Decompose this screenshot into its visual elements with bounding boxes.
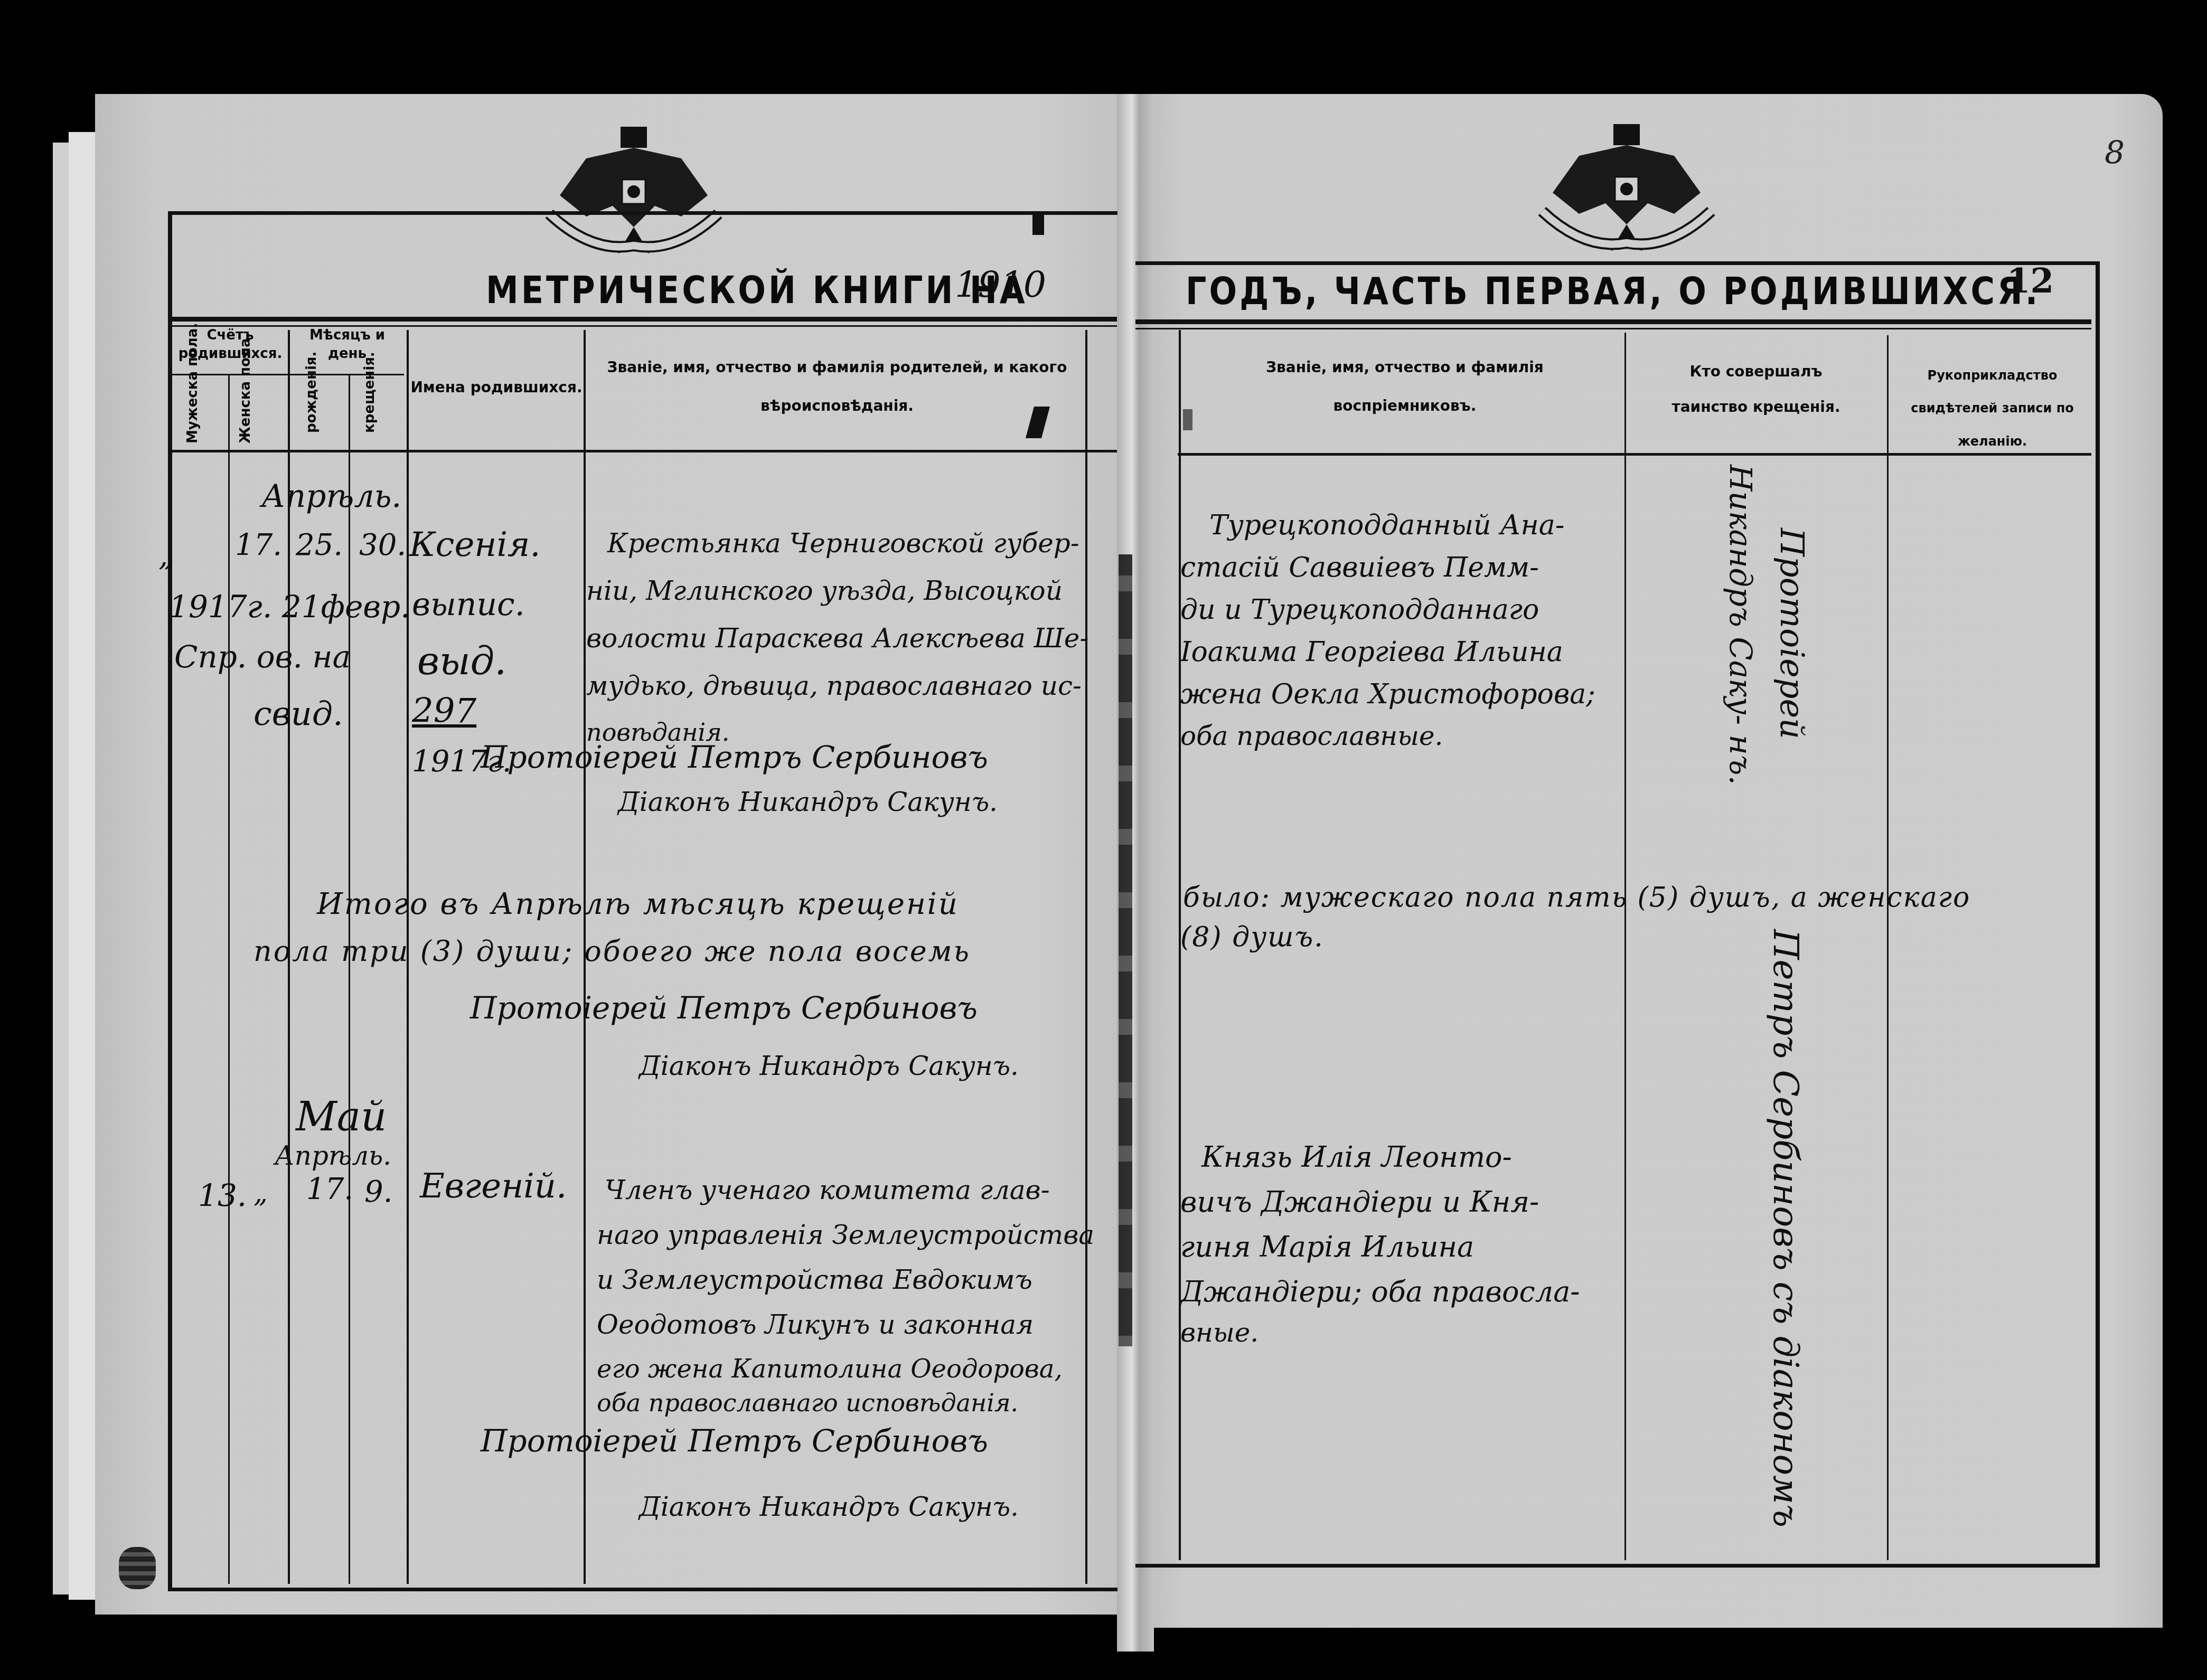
entry2-male-count: 13. [198,1177,247,1213]
entry1-signature-priest: Протоіерей Петръ Сербиновъ [481,739,988,775]
entry1-signature-deacon: Діаконъ Никандръ Сакунъ. [618,787,998,817]
col-line-1 [228,375,230,1584]
header-names: Имена родившихся. [409,377,584,398]
imperial-eagle-emblem-right [1521,114,1732,272]
entry1-name-note-2: 297 [412,692,476,731]
ink-blot [1183,409,1192,430]
header-count-male: Мужеска пола. [185,338,201,443]
entry1-parents-line: ніи, Мглинского уѣзда, Высоцкой [586,575,1063,606]
entry1-parents-line: Крестьянка Черниговской губер- [607,528,1079,559]
col-line-9 [1887,335,1889,1560]
entry2-godparents-line: вные. [1180,1317,1259,1348]
entry2-month-top: Май [296,1093,387,1140]
header-date-birth: рожденія. [304,338,320,433]
priest-vertical-line-2: Никандръ Саку- нъ. [1723,465,1759,785]
entry1-female-count: 17. [235,528,282,562]
summary-signature-deacon: Діаконъ Никандръ Сакунъ. [639,1051,1019,1081]
title-left: МЕТРИЧЕСКОЙ КНИГИ НА [486,268,1028,312]
entry2-parents-line: оба православнаго исповѣданія. [597,1389,1018,1417]
summary-right-line-1: (8) душъ. [1180,921,1324,953]
entry2-parents-line: и Землеустройства Евдокимъ [597,1264,1032,1295]
col-line-8 [1624,333,1626,1560]
rule-right [1135,319,2091,324]
priest-vertical-line-3: Петръ Сербиновъ съ діакономъ [1765,929,1806,1527]
rule-left [172,317,1117,322]
entry2-parents-line: Членъ ученаго комитета глав- [605,1175,1050,1205]
entry2-godparents-line: Джандіери; оба правосла- [1180,1275,1580,1308]
entry2-parents-line: Оеодотовъ Ликунъ и законная [597,1309,1034,1340]
entry2-birth-day: 17. [306,1172,353,1206]
entry1-godparents-line: Іоакима Георгіева Ильина [1180,636,1563,668]
header-priest: Кто совершалъ таинство крещенія. [1632,354,1880,424]
entry2-parents-line: наго управленія Землеустройства [597,1220,1094,1250]
entry1-parents-line: мудько, дѣвица, православнаго ис- [586,671,1082,701]
entry1-godparents-line: жена Оекла Христофорова; [1180,678,1595,710]
entry1-name: Ксенія. [409,525,541,564]
title-year: 1910 [955,264,1046,306]
entry1-parents-line: волости Параскева Алексѣева Ше- [586,623,1088,654]
header-witnesses: Рукоприкладство свидѣтелей записи по жел… [1893,359,2091,458]
entry2-signature-priest: Протоіерей Петръ Сербиновъ [481,1423,988,1459]
entry1-godparents-line: стасій Саввиіевъ Пемм- [1180,552,1539,583]
summary-left-line-0: Итого въ Апрѣлѣ мѣсяцѣ крещеній [317,887,959,921]
entry1-godparents-line: ди и Турецкоподданнаго [1180,594,1539,626]
entry1-name-note-0: выпис. [412,586,525,623]
header-parents: Званіе, имя, отчество и фамилія родителе… [591,348,1083,426]
col-line-3 [349,375,350,1584]
ink-blot [1032,214,1044,235]
rule-right-thin [1135,328,2091,329]
summary-right-line-0: было: мужескаго пола пять (5) душъ, а же… [1183,882,1970,913]
entry2-godparents-line: вичъ Джандіери и Кня- [1180,1185,1539,1219]
summary-left-line-1: пола три (3) души; обоего же пола восемь [253,935,971,968]
entry2-baptism-day: 9. [364,1175,392,1209]
header-date-baptism: крещенія. [362,338,378,433]
entry1-birth-day: 25. [296,528,343,562]
entry1-margin-line-0: „ [158,539,174,573]
priest-vertical-line-1: Протоіерей [1773,528,1811,739]
summary-signature-priest: Протоіерей Петръ Сербиновъ [470,990,978,1026]
entry2-month-bottom: Апрѣль. [275,1140,391,1171]
entry1-margin-line-2: Спр. ов. на [174,639,351,675]
header-godparents: Званіе, имя, отчество и фамилія воспріем… [1188,348,1621,426]
entry1-margin-line-1: 1917г. 21февр. [169,589,410,625]
entry1-margin-line-3: свид. [253,694,343,733]
entry1-godparents-line: Турецкоподданный Ана- [1209,509,1564,541]
header-count-female: Женска пола. [238,338,254,443]
entry2-female-count: „ [253,1177,268,1209]
entry2-signature-deacon: Діаконъ Никандръ Сакунъ. [639,1492,1019,1522]
col-line-6 [1085,330,1087,1584]
entry2-godparents-line: Князь Илія Леонто- [1201,1140,1512,1174]
printed-page-number: 12 [2007,261,2054,301]
binder-clip [119,1547,156,1589]
folio-number: 8 [2105,135,2125,172]
page-tear [1119,554,1132,1346]
entry1-godparents-line: оба православные. [1180,721,1443,751]
entry2-name: Евгеній. [420,1167,567,1206]
entry1-month: Апрѣль. [261,478,401,515]
entry2-godparents-line: гиня Марія Ильина [1180,1230,1474,1263]
entry1-baptism-day: 30. [359,528,406,562]
title-right: ГОДЪ, ЧАСТЬ ПЕРВАЯ, О РОДИВШИХСЯ. [1186,269,2040,313]
entry1-name-note-1: выд. [417,639,506,683]
header-bottom-rule-left [172,450,1117,452]
entry2-parents-line: его жена Капитолина Оеодорова, [597,1354,1063,1384]
